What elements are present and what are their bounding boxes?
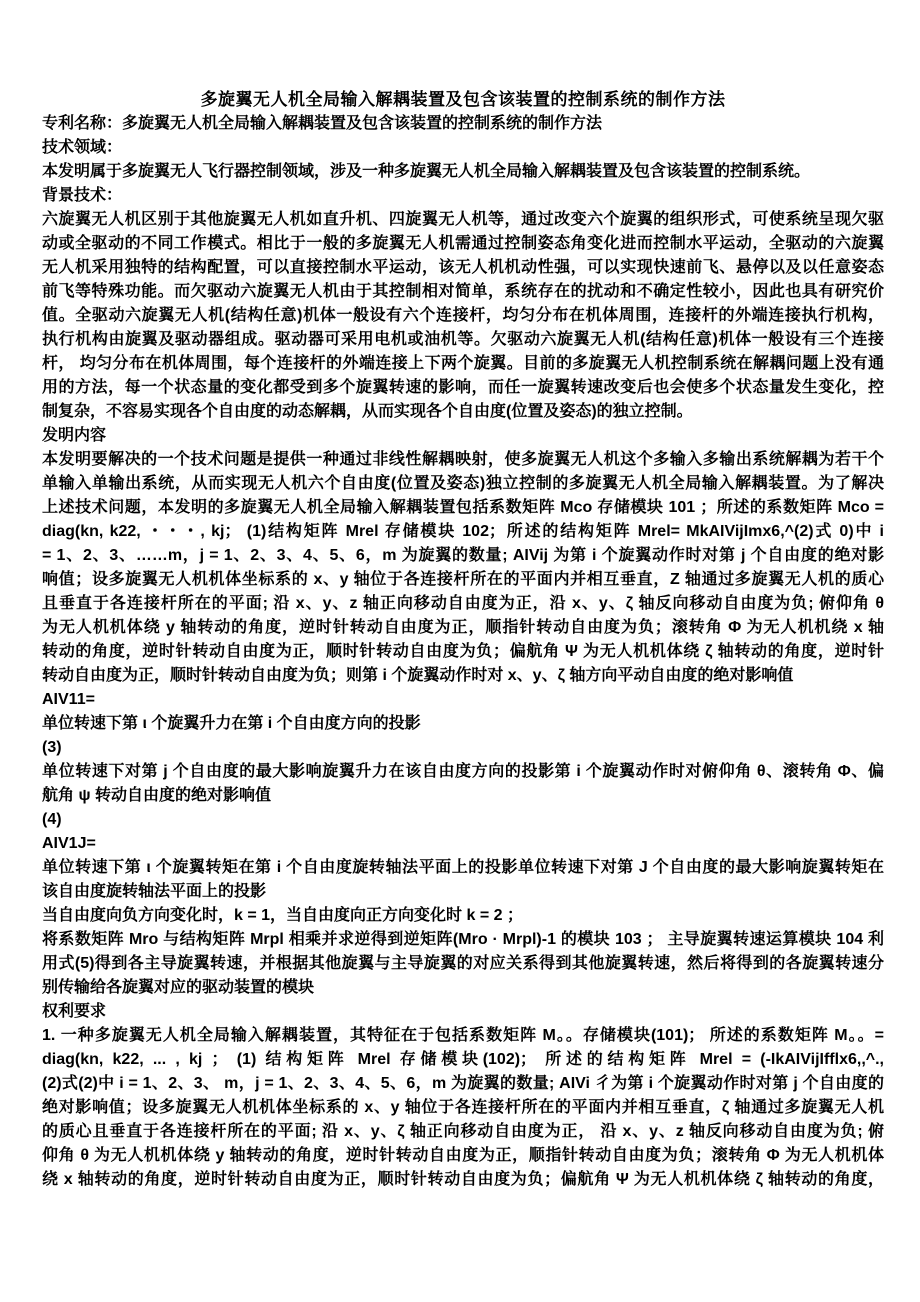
text-line-body: 的质心且垂直于各连接杆所在的平面; 沿 x、y、ζ 轴正向移动自由度为正， 沿 … — [42, 1120, 884, 1144]
text-line-body: 本发明要解决的一个技术问题是提供一种通过非线性解耦映射，使多旋翼无人机这个多输入… — [42, 448, 884, 472]
page-title: 多旋翼无人机全局输入解耦装置及包含该装置的控制系统的制作方法 — [42, 88, 884, 112]
text-line-body: 单位转速下第 ι 个旋翼升力在第 i 个自由度方向的投影 — [42, 712, 884, 736]
text-line-body: (2)式(2)中 i = 1、2、3、 m，j = 1、2、3、4、5、6，m … — [42, 1072, 884, 1096]
text-line-heading: 背景技术： — [42, 184, 884, 208]
text-line-body: 当自由度向负方向变化时，k = 1，当自由度向正方向变化时 k = 2 ； — [42, 904, 884, 928]
text-line-body: 执行机构由旋翼及驱动器组成。驱动器可采用电机或油机等。欠驱动六旋翼无人机(结构任… — [42, 328, 884, 352]
text-line-body: 为无人机机体绕 y 轴转动的角度，逆时针转动自由度为正，顺指针转动自由度为负；滚… — [42, 616, 884, 640]
text-line-body: 仰角 θ 为无人机机体绕 y 轴转动的角度，逆时针转动自由度为正，顺指针转动自由… — [42, 1144, 884, 1168]
text-line-body: 单输入单输出系统，从而实现无人机六个自由度(位置及姿态)独立控制的多旋翼无人机全… — [42, 472, 884, 496]
text-line-body: 转动的角度，逆时针转动自由度为正，顺时针转动自由度为负；偏航角 Ψ 为无人机机体… — [42, 640, 884, 664]
text-line-formula-number: (3) — [42, 736, 884, 760]
text-line-formula-number: (4) — [42, 808, 884, 832]
text-line-body: 该自由度旋转轴法平面上的投影 — [42, 880, 884, 904]
text-line-body: 用的方法，每一个状态量的变化都受到多个旋翼转速的影响，而任一旋翼转速改变后也会使… — [42, 376, 884, 400]
text-line-body: 1. 一种多旋翼无人机全局输入解耦装置，其特征在于包括系数矩阵 M。。存储模块(… — [42, 1024, 884, 1048]
text-line-body: 用式(5)得到各主导旋翼转速，并根据其他旋翼与主导旋翼的对应关系得到其他旋翼转速… — [42, 952, 884, 976]
text-line-formula: AIV1J= — [42, 832, 884, 856]
text-line-body: 前飞等特殊功能。而欠驱动六旋翼无人机由于其控制相对简单，系统存在的扰动和不确定性… — [42, 280, 884, 304]
text-line-heading: 权利要求 — [42, 1000, 884, 1024]
text-line-body: 动或全驱动的不同工作模式。相比于一般的多旋翼无人机需通过控制姿态角变化进而控制水… — [42, 232, 884, 256]
patent-document-page: 多旋翼无人机全局输入解耦装置及包含该装置的控制系统的制作方法 专利名称：多旋翼无… — [0, 0, 920, 1302]
text-line-body: 六旋翼无人机区别于其他旋翼无人机如直升机、四旋翼无人机等，通过改变六个旋翼的组织… — [42, 208, 884, 232]
text-line-patent-name: 专利名称：多旋翼无人机全局输入解耦装置及包含该装置的控制系统的制作方法 — [42, 112, 884, 136]
text-line-heading: 发明内容 — [42, 424, 884, 448]
text-line-formula: AIV11= — [42, 688, 884, 712]
text-line-body: 别传输给各旋翼对应的驱动装置的模块 — [42, 976, 884, 1000]
text-line-body: 本发明属于多旋翼无人飞行器控制领域，涉及一种多旋翼无人机全局输入解耦装置及包含该… — [42, 160, 884, 184]
document-body: 专利名称：多旋翼无人机全局输入解耦装置及包含该装置的控制系统的制作方法技术领域：… — [42, 112, 884, 1192]
text-line-heading: 技术领域： — [42, 136, 884, 160]
text-line-body: 转动自由度为正，顺时针转动自由度为负；则第 i 个旋翼动作时对 x、y、ζ 轴方… — [42, 664, 884, 688]
text-line-body: diag(kn, k22, ... , kj ； (1) 结构矩阵 Mrel 存… — [42, 1048, 884, 1072]
text-line-body: 绕 x 轴转动的角度，逆时针转动自由度为正，顺时针转动自由度为负；偏航角 Ψ 为… — [42, 1168, 884, 1192]
text-line-body: 航角 ψ 转动自由度的绝对影响值 — [42, 784, 884, 808]
text-line-body: 单位转速下第 ι 个旋翼转矩在第 i 个自由度旋转轴法平面上的投影单位转速下对第… — [42, 856, 884, 880]
text-line-body: 无人机采用独特的结构配置，可以直接控制水平运动，该无人机机动性强，可以实现快速前… — [42, 256, 884, 280]
text-line-body: 将系数矩阵 Mro 与结构矩阵 Mrpl 相乘并求逆得到逆矩阵(Mro · Mr… — [42, 928, 884, 952]
text-line-body: 制复杂，不容易实现各个自由度的动态解耦，从而实现各个自由度(位置及姿态)的独立控… — [42, 400, 884, 424]
text-line-body: 且垂直于各连接杆所在的平面; 沿 x、y、z 轴正向移动自由度为正，沿 x、y、… — [42, 592, 884, 616]
text-line-body: 杆， 均匀分布在机体周围，每个连接杆的外端连接上下两个旋翼。目前的多旋翼无人机控… — [42, 352, 884, 376]
text-line-body: 绝对影响值；设多旋翼无人机机体坐标系的 x、y 轴位于各连接杆所在的平面内并相互… — [42, 1096, 884, 1120]
text-line-body: 值。全驱动六旋翼无人机(结构任意)机体一般设有六个连接杆，均匀分布在机体周围，连… — [42, 304, 884, 328]
text-line-body: 响值；设多旋翼无人机机体坐标系的 x、y 轴位于各连接杆所在的平面内并相互垂直，… — [42, 568, 884, 592]
text-line-body: = 1、2、3、……m，j = 1、2、3、4、5、6，m 为旋翼的数量; AI… — [42, 544, 884, 568]
text-line-body: 上述技术问题，本发明的多旋翼无人机全局输入解耦装置包括系数矩阵 Mco 存储模块… — [42, 496, 884, 520]
text-line-body: 单位转速下对第 j 个自由度的最大影响旋翼升力在该自由度方向的投影第 i 个旋翼… — [42, 760, 884, 784]
text-line-body: diag(kn, k22, ・・・, kj； (1)结构矩阵 Mrel 存储模块… — [42, 520, 884, 544]
